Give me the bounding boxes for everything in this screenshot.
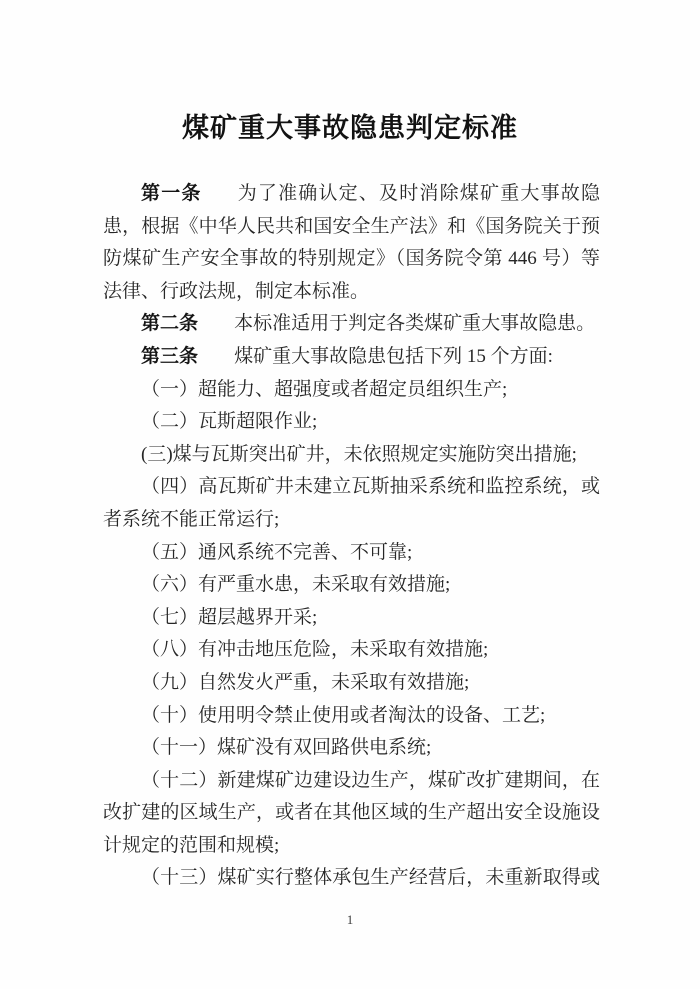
list-item: （十三）煤矿实行整体承包生产经营后，未重新取得或	[103, 862, 600, 895]
article-number-label: 第三条	[141, 346, 198, 367]
article-number-label: 第一条	[141, 183, 202, 204]
list-item: （九）自然发火严重，未采取有效措施;	[103, 667, 600, 700]
list-item: （五）通风系统不完善、不可靠;	[103, 537, 600, 570]
list-item: （六）有严重水患，未采取有效措施;	[103, 569, 600, 602]
document-title: 煤矿重大事故隐患判定标准	[0, 108, 700, 148]
list-item: （十一）煤矿没有双回路供电系统;	[103, 732, 600, 765]
article-paragraph: 第二条本标准适用于判定各类煤矿重大事故隐患。	[103, 308, 600, 341]
article-text: 本标准适用于判定各类煤矿重大事故隐患。	[234, 313, 595, 334]
article-number-label: 第二条	[141, 313, 198, 334]
article-paragraph: 第三条煤矿重大事故隐患包括下列 15 个方面:	[103, 341, 600, 374]
list-item: （十二）新建煤矿边建设边生产，煤矿改扩建期间，在改扩建的区域生产，或者在其他区域…	[103, 765, 600, 863]
page-number: 1	[0, 913, 700, 927]
list-item: （一）超能力、超强度或者超定员组织生产;	[103, 374, 600, 407]
list-item: （四）高瓦斯矿井未建立瓦斯抽采系统和监控系统，或者系统不能正常运行;	[103, 471, 600, 536]
list-item: （二）瓦斯超限作业;	[103, 406, 600, 439]
list-item: (三)煤与瓦斯突出矿井，未依照规定实施防突出措施;	[103, 439, 600, 472]
article-text: 煤矿重大事故隐患包括下列 15 个方面:	[234, 346, 553, 367]
articles-section: 第一条为了准确认定、及时消除煤矿重大事故隐患，根据《中华人民共和国安全生产法》和…	[103, 178, 600, 374]
document-body: 第一条为了准确认定、及时消除煤矿重大事故隐患，根据《中华人民共和国安全生产法》和…	[103, 178, 600, 895]
list-item: （八）有冲击地压危险，未采取有效措施;	[103, 634, 600, 667]
hazard-list: （一）超能力、超强度或者超定员组织生产;（二）瓦斯超限作业;(三)煤与瓦斯突出矿…	[103, 374, 600, 896]
article-paragraph: 第一条为了准确认定、及时消除煤矿重大事故隐患，根据《中华人民共和国安全生产法》和…	[103, 178, 600, 308]
list-item: （十）使用明令禁止使用或者淘汰的设备、工艺;	[103, 700, 600, 733]
document-page: 煤矿重大事故隐患判定标准 第一条为了准确认定、及时消除煤矿重大事故隐患，根据《中…	[0, 0, 700, 989]
list-item: （七）超层越界开采;	[103, 602, 600, 635]
